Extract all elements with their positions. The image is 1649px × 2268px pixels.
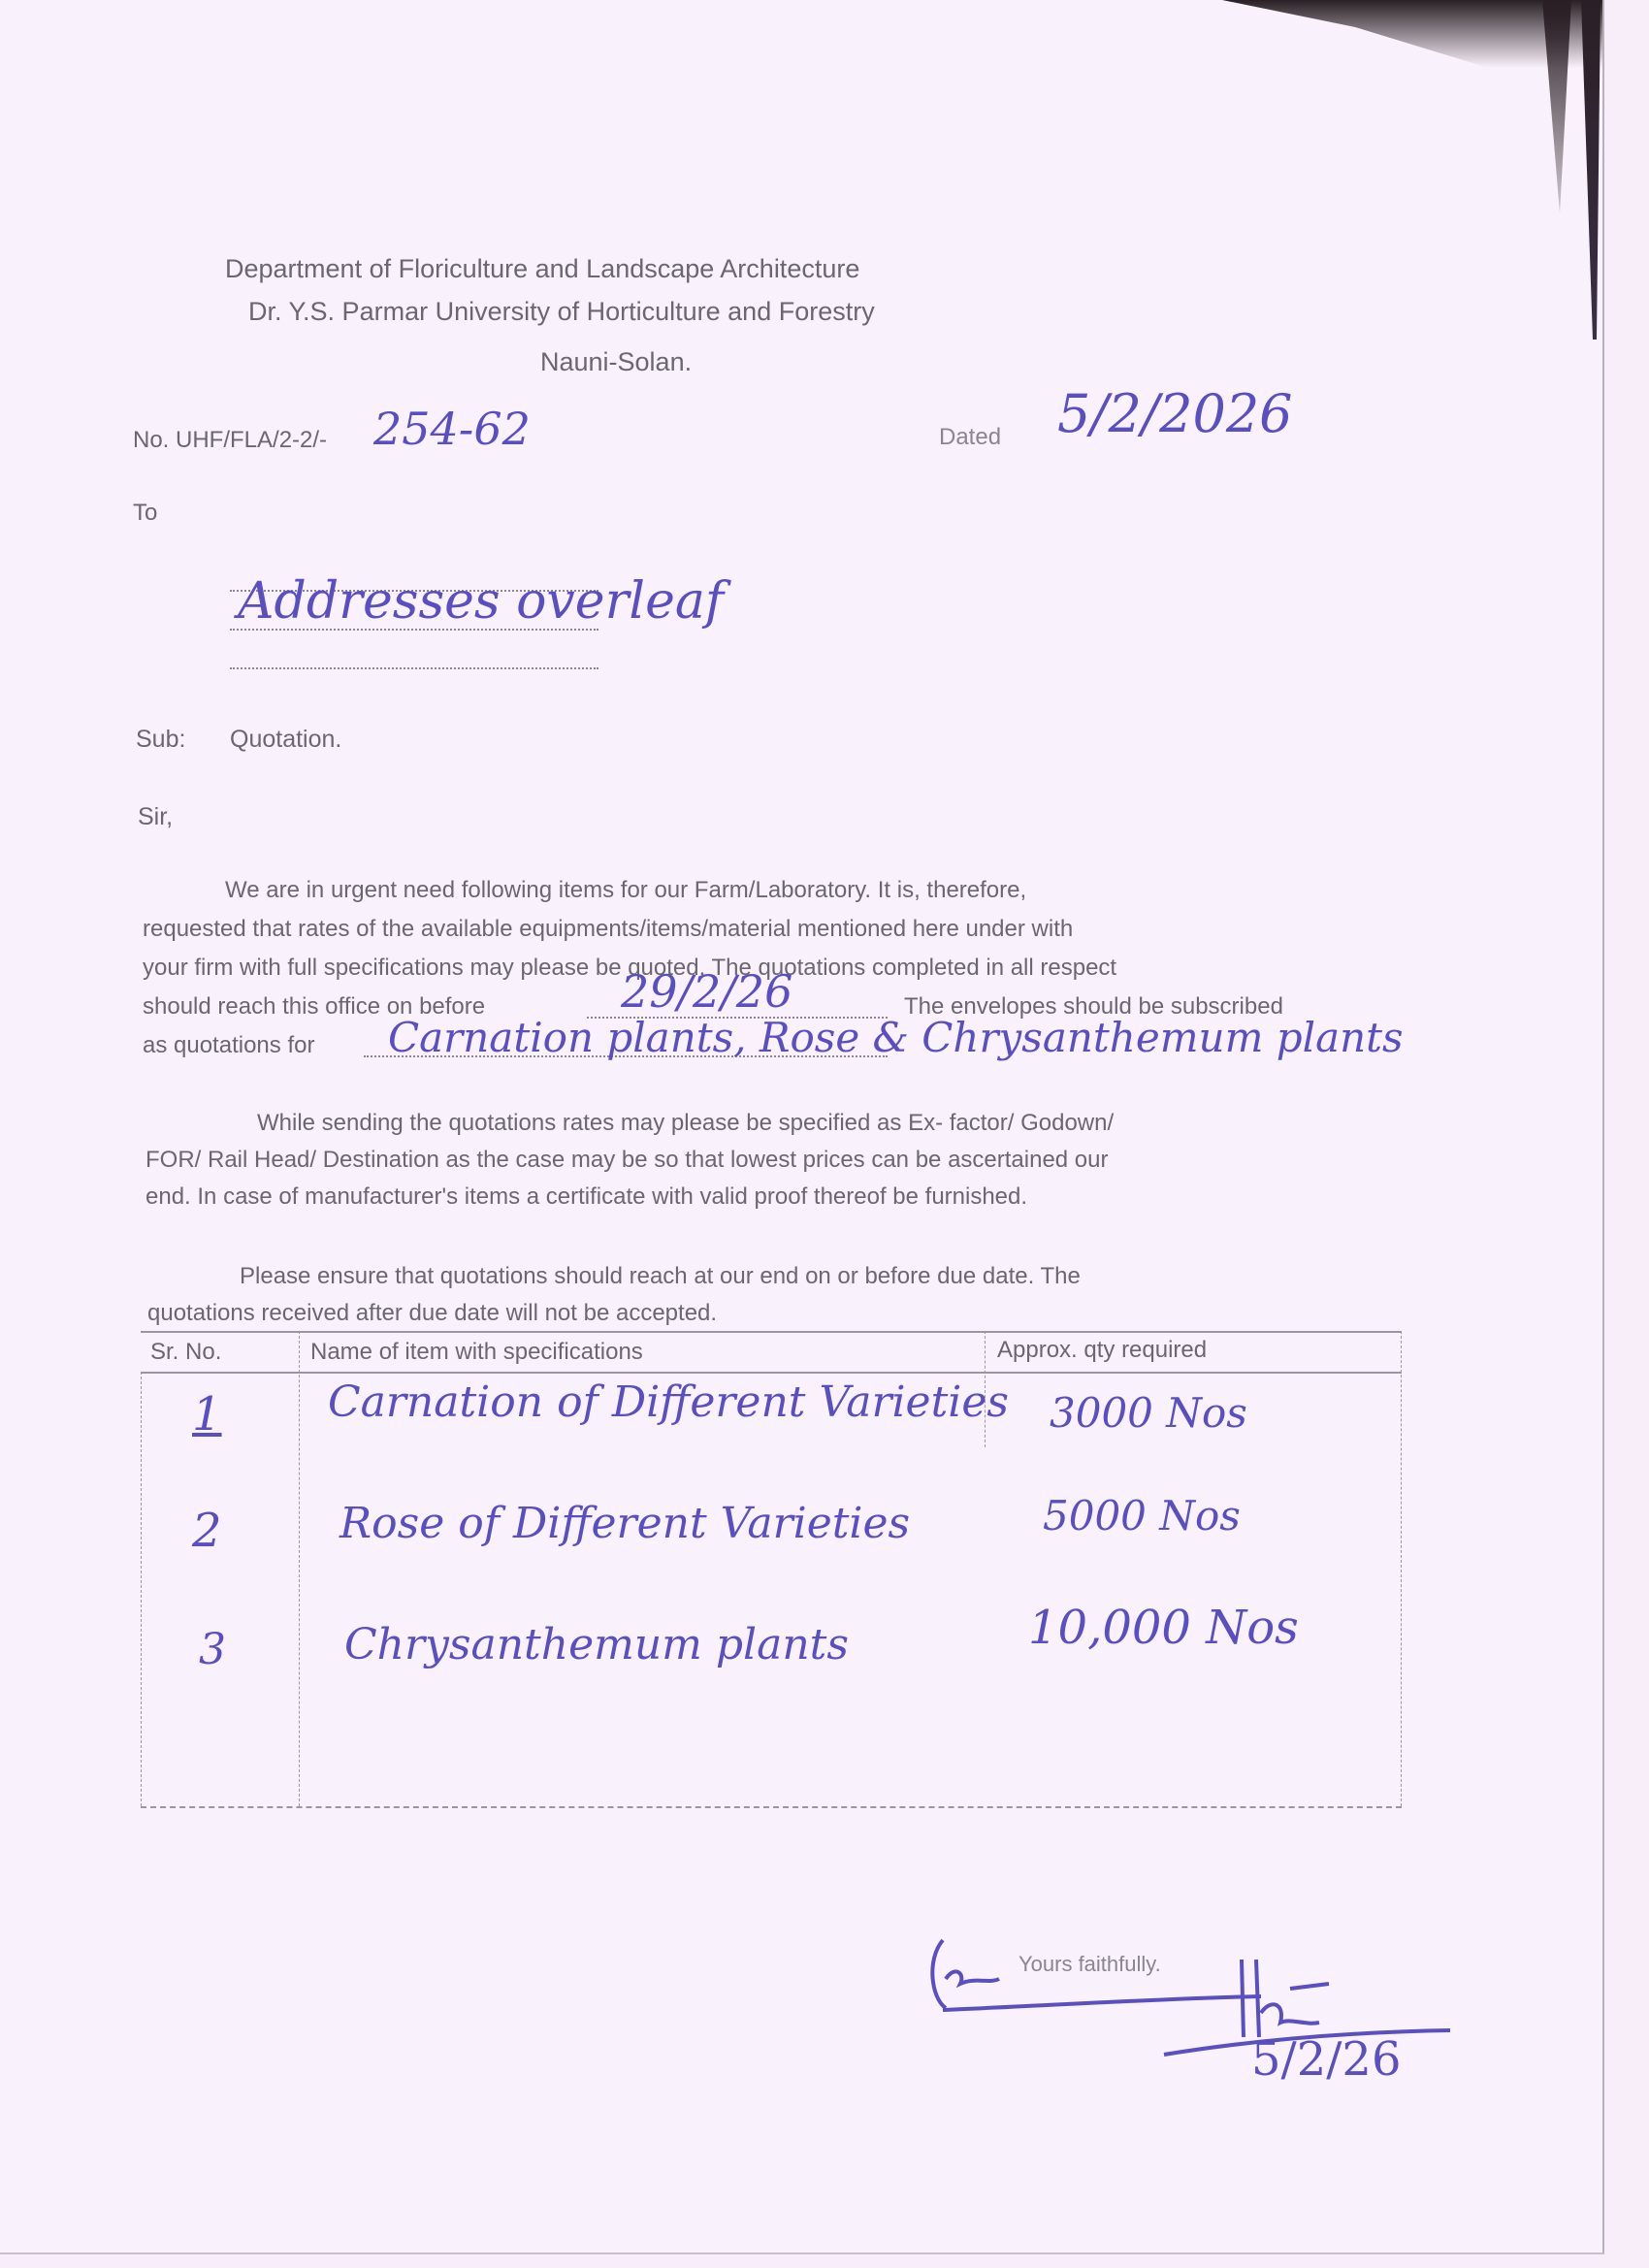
to-label: To [133, 500, 157, 527]
table-header-sr-no: Sr. No. [150, 1339, 221, 1366]
paragraph-2-line-3: end. In case of manufacturer's items a c… [145, 1178, 1027, 1216]
table-row-3-item: Chrysanthemum plants [344, 1620, 849, 1669]
address-line [230, 667, 598, 669]
table-header-item: Name of item with specifications [310, 1339, 643, 1366]
letterhead-university: Dr. Y.S. Parmar University of Horticultu… [248, 297, 875, 327]
paragraph-3-line-2: quotations received after due date will … [147, 1294, 717, 1333]
scan-shadow [1581, 0, 1600, 340]
paragraph-2-line-2: FOR/ Rail Head/ Destination as the case … [145, 1141, 1109, 1180]
dated-label: Dated [939, 424, 1001, 451]
letterhead-department: Department of Floriculture and Landscape… [225, 254, 859, 284]
table-row-3-sr: 3 [199, 1625, 226, 1674]
table-row-2-item: Rose of Different Varieties [339, 1499, 910, 1548]
paragraph-1-line-5-pre: as quotations for [143, 1026, 314, 1065]
reference-label: No. UHF/FLA/2-2/- [133, 427, 327, 454]
letterhead-location: Nauni-Solan. [540, 347, 692, 377]
table-row-1-sr: 1 [192, 1387, 222, 1442]
table-column-divider [299, 1331, 300, 1806]
signature-date: 5/2/26 [1251, 2032, 1402, 2087]
table-row-1-item: Carnation of Different Varieties [328, 1377, 1009, 1427]
paragraph-3-line-1: Please ensure that quotations should rea… [240, 1257, 1081, 1296]
reference-number: 254-62 [373, 403, 531, 455]
paragraph-1-line-1: We are in urgent need following items fo… [225, 871, 1026, 910]
table-row-2-qty: 5000 Nos [1043, 1492, 1241, 1539]
salutation: Sir, [138, 803, 173, 831]
date-value: 5/2/2026 [1057, 383, 1293, 444]
addressee-value: Addresses overleaf [238, 572, 724, 631]
table-row-3-qty: 10,000 Nos [1028, 1601, 1299, 1655]
scan-shadow [1542, 0, 1571, 213]
quotation-for-value: Carnation plants, Rose & Chrysanthemum p… [388, 1014, 1404, 1061]
due-date-value: 29/2/26 [621, 965, 792, 1018]
table-column-divider [141, 1372, 142, 1806]
table-column-divider [1401, 1331, 1402, 1806]
document-page: Department of Floriculture and Landscape… [0, 0, 1604, 2254]
paragraph-1-line-2: requested that rates of the available eq… [143, 910, 1073, 949]
table-header-border [141, 1372, 1402, 1374]
subject-value: Quotation. [230, 726, 341, 754]
table-header-qty: Approx. qty required [997, 1337, 1207, 1364]
subject-label: Sub: [136, 726, 185, 754]
table-row-1-qty: 3000 Nos [1050, 1389, 1247, 1437]
table-top-border [141, 1331, 1402, 1333]
table-row-2-sr: 2 [192, 1504, 222, 1558]
paragraph-2-line-1: While sending the quotations rates may p… [257, 1104, 1114, 1143]
table-bottom-border [141, 1806, 1402, 1808]
